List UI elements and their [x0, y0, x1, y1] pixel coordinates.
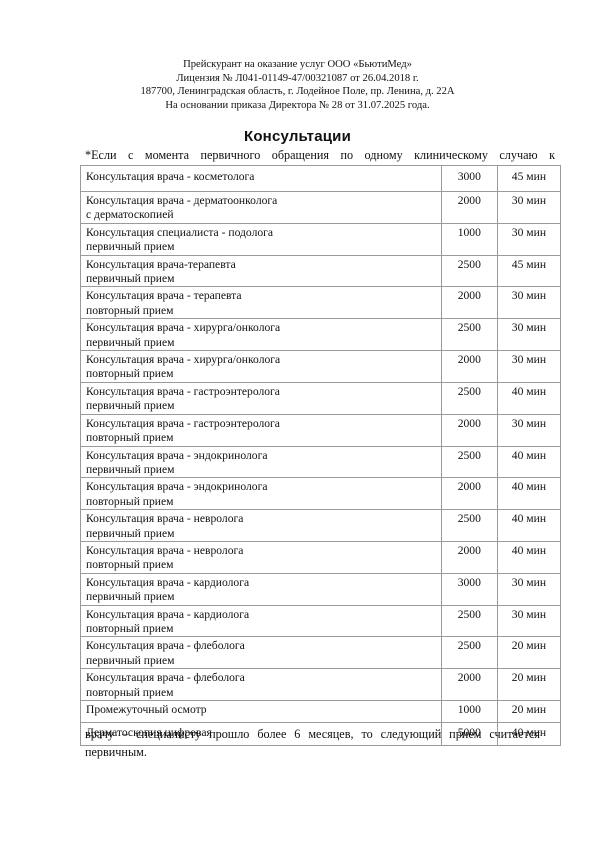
table-row: Консультация врача - кардиологапервичный…: [81, 573, 561, 605]
service-duration: 20 мин: [497, 637, 560, 669]
price-table-body: Консультация врача - косметолога300045 м…: [81, 166, 561, 746]
note-bottom-line-1: врачу – специалисту прошло более 6 месяц…: [85, 726, 540, 744]
service-name: Консультация специалиста - подолога: [86, 226, 436, 240]
service-price: 2000: [441, 669, 497, 701]
service-name-cell: Консультация врача - флебологапервичный …: [81, 637, 442, 669]
service-price: 2000: [441, 192, 497, 224]
service-name: Консультация врача - флеболога: [86, 639, 436, 653]
note-top-text: *Если с момента первичного обращения по …: [85, 148, 555, 163]
service-subtitle: повторный прием: [86, 495, 436, 509]
table-row: Консультация врача - эндокринологаповтор…: [81, 478, 561, 510]
table-row: Консультация врача - косметолога300045 м…: [81, 166, 561, 192]
service-subtitle: первичный прием: [86, 336, 436, 350]
header-address: 187700, Ленинградская область, г. Лодейн…: [0, 85, 595, 99]
table-row: Консультация врача - флебологаповторный …: [81, 669, 561, 701]
service-name: Консультация врача - гастроэнтеролога: [86, 417, 436, 431]
service-subtitle: повторный прием: [86, 367, 436, 381]
service-subtitle: повторный прием: [86, 431, 436, 445]
service-price: 2500: [441, 605, 497, 637]
service-name-cell: Консультация врача-терапевтапервичный пр…: [81, 255, 442, 287]
service-subtitle: первичный прием: [86, 654, 436, 668]
service-price: 2500: [441, 255, 497, 287]
table-row: Консультация врача - неврологаповторный …: [81, 541, 561, 573]
service-duration: 20 мин: [497, 701, 560, 723]
service-name: Промежуточный осмотр: [86, 703, 436, 717]
service-name: Консультация врача - дерматоонколога: [86, 194, 436, 208]
service-subtitle: первичный прием: [86, 590, 436, 604]
service-name-cell: Консультация врача - неврологапервичный …: [81, 510, 442, 542]
service-duration: 40 мин: [497, 541, 560, 573]
service-duration: 30 мин: [497, 192, 560, 224]
service-name: Консультация врача - невролога: [86, 512, 436, 526]
service-price: 2500: [441, 319, 497, 351]
service-price: 1000: [441, 223, 497, 255]
header-title: Прейскурант на оказание услуг ООО «Бьюти…: [0, 58, 595, 72]
service-name: Консультация врача - гастроэнтеролога: [86, 385, 436, 399]
header-license: Лицензия № Л041-01149-47/00321087 от 26.…: [0, 72, 595, 86]
service-name: Консультация врача - терапевта: [86, 289, 436, 303]
service-price: 2000: [441, 478, 497, 510]
service-subtitle: повторный прием: [86, 304, 436, 318]
service-price: 3000: [441, 166, 497, 192]
table-row: Консультация врача - хирурга/онкологапов…: [81, 351, 561, 383]
service-price: 2000: [441, 414, 497, 446]
table-row: Консультация врача - дерматоонкологас де…: [81, 192, 561, 224]
service-subtitle: первичный прием: [86, 463, 436, 477]
service-name-cell: Консультация врача - дерматоонкологас де…: [81, 192, 442, 224]
price-table: Консультация врача - косметолога300045 м…: [80, 165, 561, 746]
service-subtitle: повторный прием: [86, 622, 436, 636]
table-row: Консультация врача - кардиологаповторный…: [81, 605, 561, 637]
service-name: Консультация врача - хирурга/онколога: [86, 353, 436, 367]
service-name-cell: Консультация врача - кардиологаповторный…: [81, 605, 442, 637]
service-price: 2000: [441, 541, 497, 573]
service-price: 1000: [441, 701, 497, 723]
service-name-cell: Консультация врача - неврологаповторный …: [81, 541, 442, 573]
note-top: *Если с момента первичного обращения по …: [85, 148, 555, 163]
service-name-cell: Консультация врача - эндокринологаповтор…: [81, 478, 442, 510]
service-duration: 30 мин: [497, 287, 560, 319]
table-row: Промежуточный осмотр100020 мин: [81, 701, 561, 723]
service-name: Консультация врача - косметолога: [86, 170, 436, 184]
service-duration: 40 мин: [497, 382, 560, 414]
section-title: Консультации: [0, 128, 595, 145]
service-duration: 40 мин: [497, 510, 560, 542]
service-name-cell: Консультация врача - кардиологапервичный…: [81, 573, 442, 605]
service-duration: 40 мин: [497, 478, 560, 510]
table-row: Консультация врача - эндокринологапервич…: [81, 446, 561, 478]
service-name-cell: Консультация врача - терапевтаповторный …: [81, 287, 442, 319]
service-name-cell: Консультация врача - гастроэнтерологапов…: [81, 414, 442, 446]
service-name-cell: Консультация врача - эндокринологапервич…: [81, 446, 442, 478]
service-name-cell: Промежуточный осмотр: [81, 701, 442, 723]
service-name: Консультация врача - кардиолога: [86, 576, 436, 590]
service-price: 2500: [441, 382, 497, 414]
service-name: Консультация врача - флеболога: [86, 671, 436, 685]
table-row: Консультация врача - неврологапервичный …: [81, 510, 561, 542]
service-subtitle: с дерматоскопией: [86, 208, 436, 222]
service-name: Консультация врача - хирурга/онколога: [86, 321, 436, 335]
note-bottom-line-2: первичным.: [85, 745, 147, 759]
service-name-cell: Консультация врача - гастроэнтерологапер…: [81, 382, 442, 414]
service-subtitle: первичный прием: [86, 272, 436, 286]
table-row: Консультация врача - гастроэнтерологапов…: [81, 414, 561, 446]
document-header: Прейскурант на оказание услуг ООО «Бьюти…: [0, 58, 595, 112]
table-row: Консультация врача - терапевтаповторный …: [81, 287, 561, 319]
service-name-cell: Консультация врача - хирурга/онкологапер…: [81, 319, 442, 351]
service-name: Консультация врача-терапевта: [86, 258, 436, 272]
service-price: 2500: [441, 446, 497, 478]
service-name: Консультация врача - эндокринолога: [86, 480, 436, 494]
table-row: Консультация специалиста - подологаперви…: [81, 223, 561, 255]
service-subtitle: первичный прием: [86, 527, 436, 541]
service-subtitle: первичный прием: [86, 399, 436, 413]
table-row: Консультация врача - хирурга/онкологапер…: [81, 319, 561, 351]
service-duration: 20 мин: [497, 669, 560, 701]
service-duration: 30 мин: [497, 319, 560, 351]
service-name: Консультация врача - кардиолога: [86, 608, 436, 622]
table-row: Консультация врача - флебологапервичный …: [81, 637, 561, 669]
service-subtitle: повторный прием: [86, 686, 436, 700]
service-name-cell: Консультация врача - косметолога: [81, 166, 442, 192]
service-subtitle: первичный прием: [86, 240, 436, 254]
note-bottom: врачу – специалисту прошло более 6 месяц…: [85, 726, 540, 761]
service-name: Консультация врача - невролога: [86, 544, 436, 558]
service-subtitle: повторный прием: [86, 558, 436, 572]
service-duration: 30 мин: [497, 223, 560, 255]
header-order: На основании приказа Директора № 28 от 3…: [0, 99, 595, 113]
service-duration: 30 мин: [497, 573, 560, 605]
table-row: Консультация врача-терапевтапервичный пр…: [81, 255, 561, 287]
service-duration: 45 мин: [497, 166, 560, 192]
service-name-cell: Консультация врача - флебологаповторный …: [81, 669, 442, 701]
service-price: 3000: [441, 573, 497, 605]
service-name-cell: Консультация врача - хирурга/онкологапов…: [81, 351, 442, 383]
table-row: Консультация врача - гастроэнтерологапер…: [81, 382, 561, 414]
service-name: Консультация врача - эндокринолога: [86, 449, 436, 463]
service-price: 2000: [441, 287, 497, 319]
service-duration: 30 мин: [497, 351, 560, 383]
service-duration: 40 мин: [497, 446, 560, 478]
service-duration: 30 мин: [497, 414, 560, 446]
service-price: 2000: [441, 351, 497, 383]
service-price: 2500: [441, 510, 497, 542]
service-duration: 30 мин: [497, 605, 560, 637]
service-duration: 45 мин: [497, 255, 560, 287]
service-name-cell: Консультация специалиста - подологаперви…: [81, 223, 442, 255]
service-price: 2500: [441, 637, 497, 669]
